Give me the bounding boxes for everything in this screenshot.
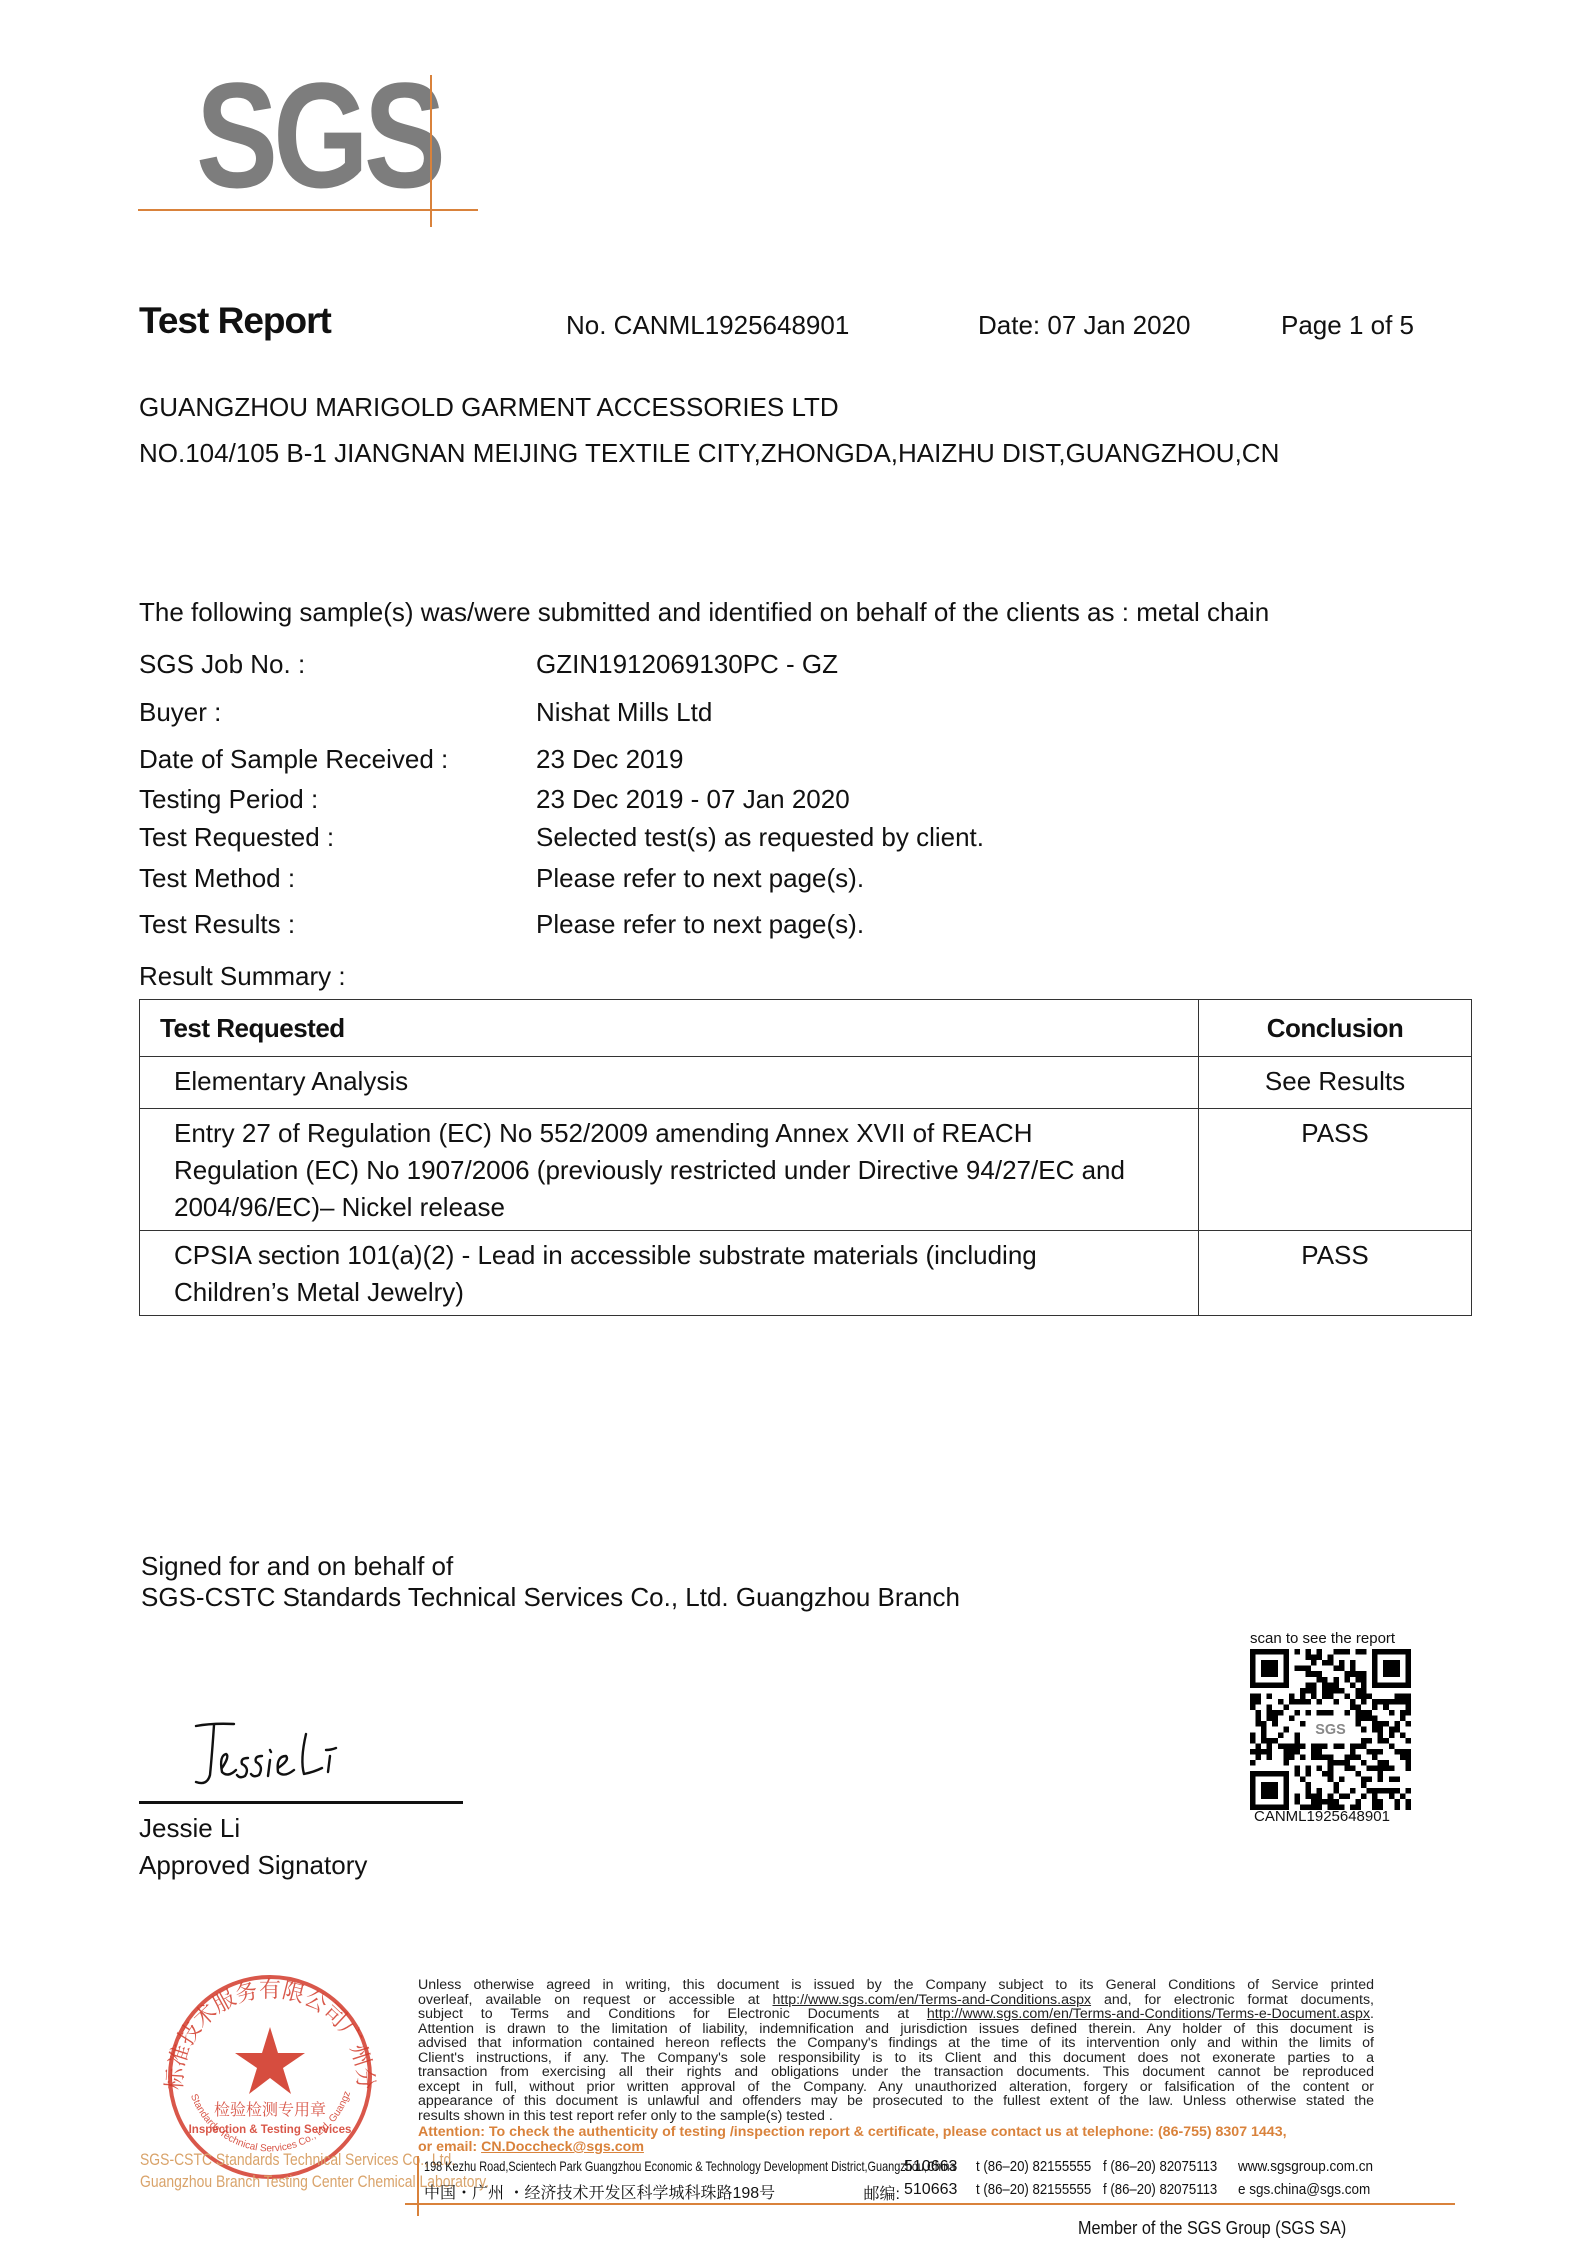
legal-line: transaction from exercising all their ri… (418, 2065, 1374, 2080)
legal-line: overleaf, available on request or access… (418, 1993, 1374, 2008)
legal-line: results shown in this test report refer … (418, 2109, 1374, 2124)
page-indicator: Page 1 of 5 (1281, 310, 1414, 341)
client-company: GUANGZHOU MARIGOLD GARMENT ACCESSORIES L… (139, 392, 839, 423)
column-header-test: Test Requested (140, 1000, 1199, 1057)
test-cell: CPSIA section 101(a)(2) - Lead in access… (140, 1231, 1199, 1316)
stamp-center-en: Inspection & Testing Services (189, 2124, 352, 2136)
field-value: Nishat Mills Ltd (536, 697, 712, 728)
report-title: Test Report (139, 300, 331, 342)
handwritten-signature-icon (190, 1720, 390, 1792)
result-summary-table: Test Requested Conclusion Elementary Ana… (139, 999, 1472, 1316)
conclusion-cell: See Results (1199, 1057, 1472, 1109)
field-label: Test Results : (139, 909, 295, 940)
field-value: Please refer to next page(s). (536, 909, 864, 940)
signature-line (139, 1801, 463, 1804)
legal-line: Unless otherwise agreed in writing, this… (418, 1978, 1374, 1993)
lab-name-line1: SGS-CSTC Standards Technical Services Co… (140, 2150, 455, 2170)
test-cell: Elementary Analysis (140, 1057, 1199, 1109)
field-value: GZIN1912069130PC - GZ (536, 649, 838, 680)
test-line: CPSIA section 101(a)(2) - Lead in access… (174, 1237, 1198, 1274)
authenticity-line: Attention: To check the authenticity of … (418, 2125, 1287, 2140)
logo-horizontal-rule (138, 209, 478, 211)
svg-text:SGS: SGS (1315, 1722, 1346, 1738)
field-label: Test Requested : (139, 822, 334, 853)
footer-telephone: t (86–20) 82155555 (976, 2181, 1091, 2198)
result-summary-label: Result Summary : (139, 961, 346, 992)
qr-code-icon[interactable]: SGS (1250, 1649, 1411, 1810)
legal-line: Attention is drawn to the limitation of … (418, 2022, 1374, 2037)
legal-line: advised that information contained hereo… (418, 2036, 1374, 2051)
sample-intro: The following sample(s) was/were submitt… (139, 597, 1269, 628)
field-label: Date of Sample Received : (139, 744, 448, 775)
report-number: No. CANML1925648901 (566, 310, 849, 341)
field-value: Please refer to next page(s). (536, 863, 864, 894)
test-line: Entry 27 of Regulation (EC) No 552/2009 … (174, 1115, 1198, 1152)
column-header-conclusion: Conclusion (1199, 1000, 1472, 1057)
legal-line: appearance of this document is unlawful … (418, 2094, 1374, 2109)
signed-on-behalf-line: Signed for and on behalf of (141, 1551, 453, 1582)
legal-line: except in full, without prior written ap… (418, 2080, 1374, 2095)
test-line: Regulation (EC) No 1907/2006 (previously… (174, 1152, 1198, 1189)
test-line: Elementary Analysis (174, 1063, 1198, 1100)
signing-company: SGS-CSTC Standards Technical Services Co… (141, 1582, 960, 1613)
footer-address-en: 198 Kezhu Road,Scientech Park Guangzhou … (424, 2158, 956, 2174)
test-cell: Entry 27 of Regulation (EC) No 552/2009 … (140, 1109, 1199, 1231)
signatory-title: Approved Signatory (139, 1850, 367, 1881)
report-date: Date: 07 Jan 2020 (978, 310, 1191, 341)
legal-line: subject to Terms and Conditions for Elec… (418, 2007, 1374, 2022)
footer-postcode-label-cn: 邮编: (864, 2181, 900, 2204)
stamp-center-cn: 检验检测专用章 (214, 2100, 326, 2119)
table-row: CPSIA section 101(a)(2) - Lead in access… (140, 1231, 1472, 1316)
footer-fax: f (86–20) 82075113 (1103, 2158, 1217, 2175)
qr-caption: scan to see the report (1250, 1630, 1395, 1647)
footer-website-link[interactable]: www.sgsgroup.com.cn (1238, 2158, 1373, 2175)
table-row: Elementary Analysis See Results (140, 1057, 1472, 1109)
conclusion-cell: PASS (1199, 1109, 1472, 1231)
table-header-row: Test Requested Conclusion (140, 1000, 1472, 1057)
footer-email-link[interactable]: e sgs.china@sgs.com (1238, 2181, 1370, 2198)
footer-horizontal-rule (405, 2203, 1455, 2205)
field-label: Test Method : (139, 863, 295, 894)
sgs-group-membership: Member of the SGS Group (SGS SA) (1078, 2218, 1346, 2239)
logo-vertical-rule (430, 75, 432, 227)
field-label: Buyer : (139, 697, 221, 728)
authenticity-notice: Attention: To check the authenticity of … (418, 2125, 1287, 2155)
footer-vertical-rule (417, 2156, 419, 2216)
client-address: NO.104/105 B-1 JIANGNAN MEIJING TEXTILE … (139, 438, 1279, 469)
legal-line: Client's instructions, if any. The Compa… (418, 2051, 1374, 2066)
legal-disclaimer: Unless otherwise agreed in writing, this… (418, 1978, 1374, 2123)
doccheck-email-link[interactable]: CN.Doccheck@sgs.com (481, 2139, 644, 2155)
test-line: 2004/96/EC)– Nickel release (174, 1189, 1198, 1226)
logo-text: SGS (196, 60, 441, 210)
field-label: SGS Job No. : (139, 649, 305, 680)
field-value: 23 Dec 2019 (536, 744, 683, 775)
footer-fax: f (86–20) 82075113 (1103, 2181, 1217, 2198)
table-row: Entry 27 of Regulation (EC) No 552/2009 … (140, 1109, 1472, 1231)
signatory-name: Jessie Li (139, 1813, 240, 1844)
e-document-terms-link[interactable]: http://www.sgs.com/en/Terms-and-Conditio… (927, 2006, 1370, 2022)
footer-telephone: t (86–20) 82155555 (976, 2158, 1091, 2175)
footer-address-cn: 中国・广州 ・经济技术开发区科学城科珠路198号 (424, 2180, 775, 2203)
footer-postcode: 510663 (904, 2158, 957, 2176)
footer-postcode: 510663 (904, 2181, 957, 2199)
field-label: Testing Period : (139, 784, 318, 815)
test-line: Children’s Metal Jewelry) (174, 1274, 1198, 1311)
authenticity-line: or email: CN.Doccheck@sgs.com (418, 2140, 1287, 2155)
field-value: Selected test(s) as requested by client. (536, 822, 984, 853)
field-value: 23 Dec 2019 - 07 Jan 2020 (536, 784, 850, 815)
conclusion-cell: PASS (1199, 1231, 1472, 1316)
qr-report-id: CANML1925648901 (1254, 1808, 1390, 1825)
